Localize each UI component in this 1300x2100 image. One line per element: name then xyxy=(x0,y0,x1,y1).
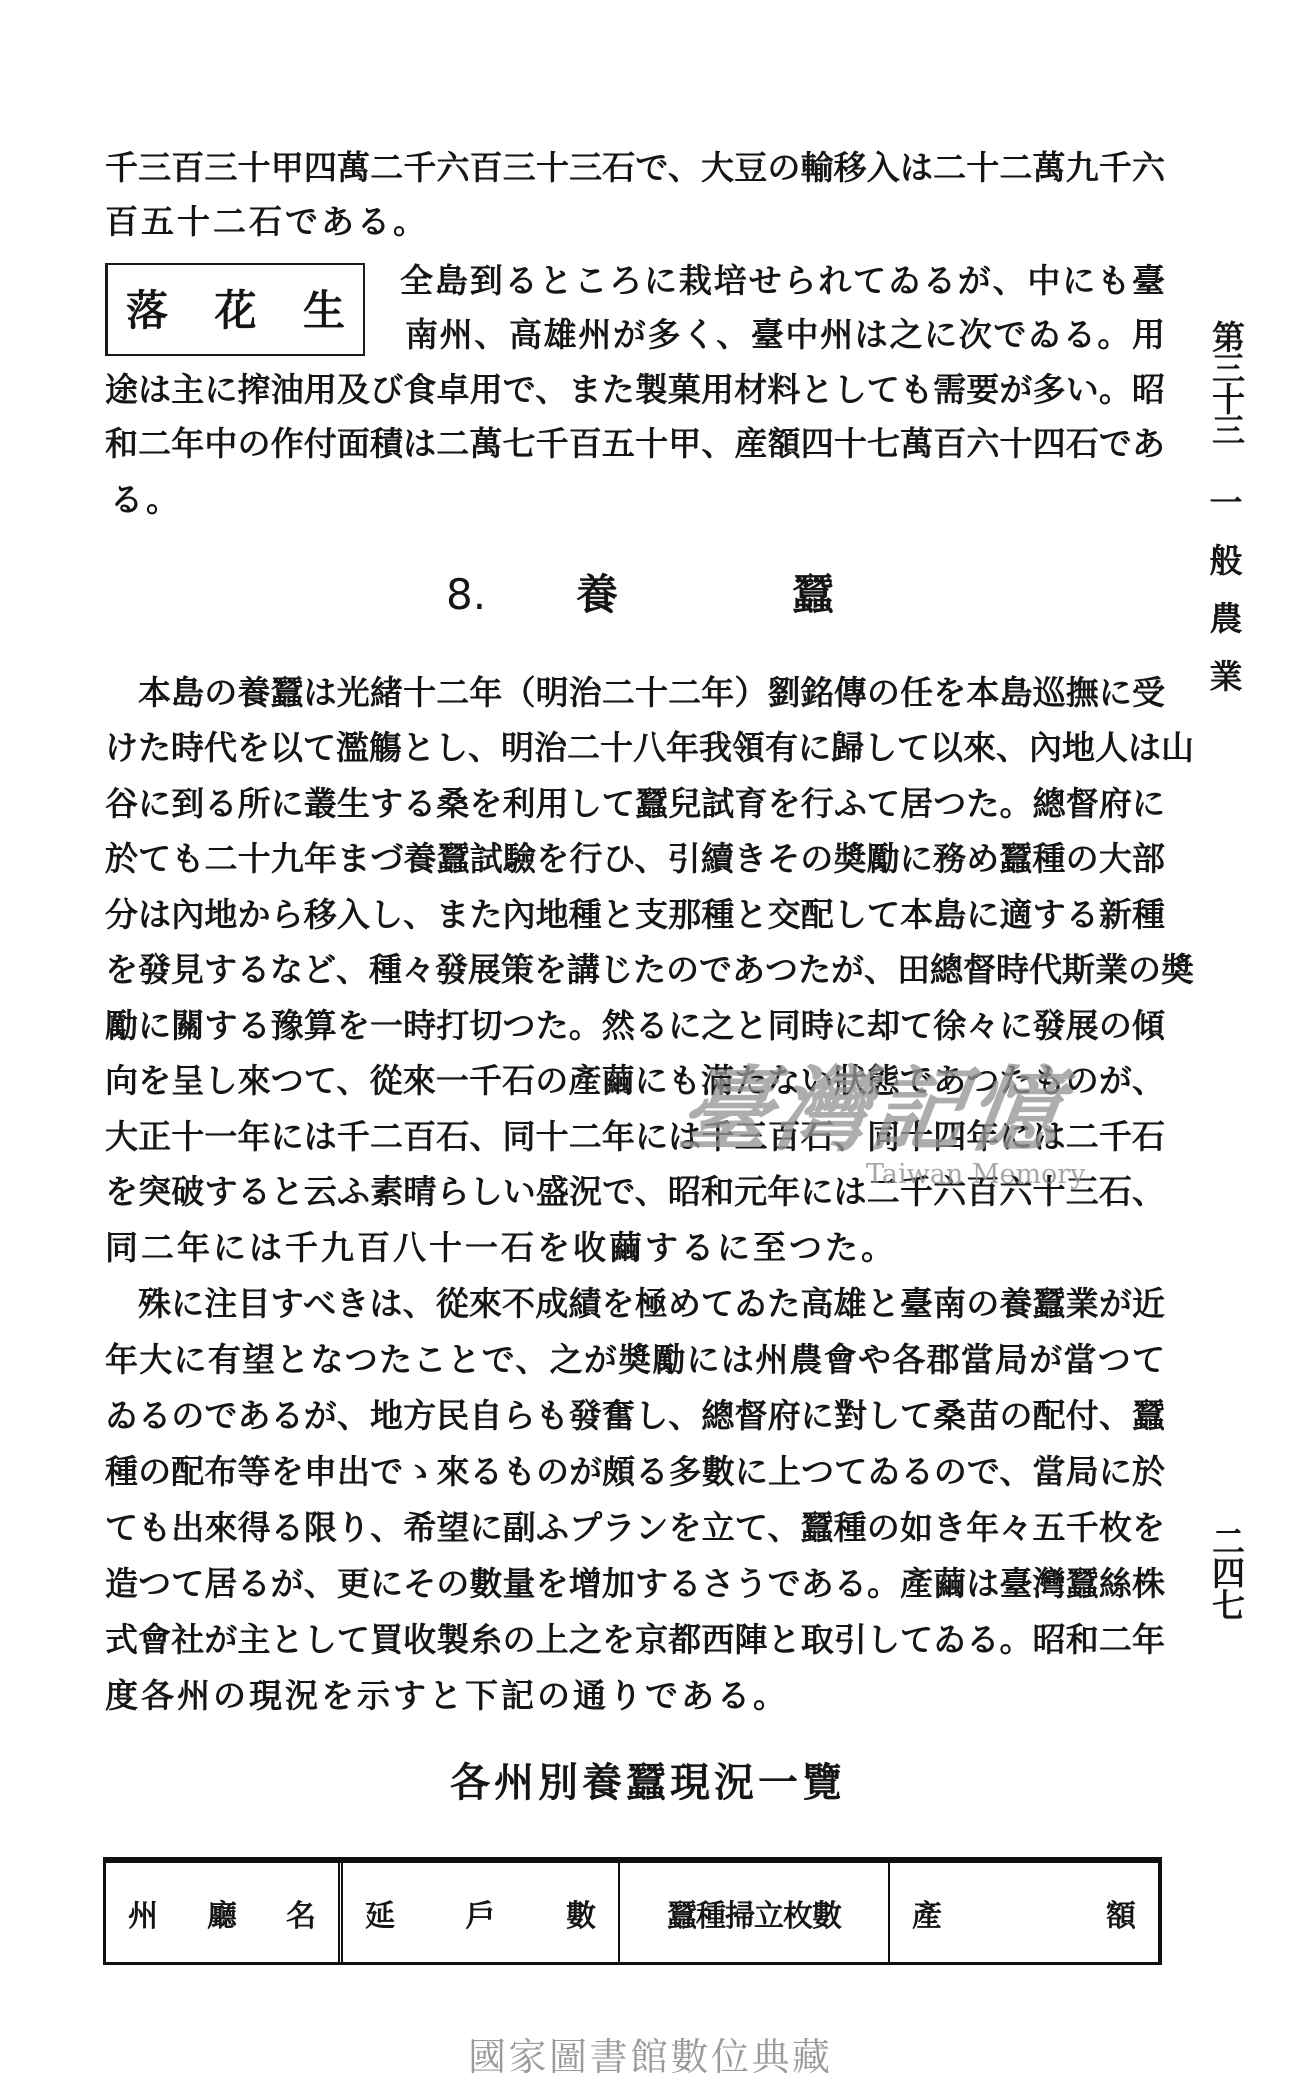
text-line: 和二年中の作付面積は二萬七千百五十甲、産額四十七萬百六十四石であ xyxy=(105,422,1165,466)
column-header-egg-cards: 蠶種掃立枚數 xyxy=(620,1863,890,1962)
text-line: 本島の養蠶は光緒十二年（明治二十二年）劉銘傳の任を本島巡撫に受 xyxy=(138,671,1165,715)
column-header-label: 蠶種掃立枚數 xyxy=(667,1891,841,1935)
sericulture-table-header: 州廳名 延戶數 蠶種掃立枚數 產額 xyxy=(103,1857,1162,1965)
text-line: 同二年には千九百八十一石を收繭するに至つた。 xyxy=(105,1226,1165,1270)
text-line: 全島到るところに栽培せられてゐるが、中にも臺 xyxy=(400,259,1165,303)
text-line: 南州、高雄州が多く、臺中州は之に次でゐる。用 xyxy=(405,313,1165,357)
section-number: 8. xyxy=(446,570,486,620)
text-line: 千三百三十甲四萬二千六百三十三石で、大豆の輸移入は二十二萬九千六 xyxy=(105,146,1165,190)
text-line: 勵に關する豫算を一時打切つた。然るに之と同時に却て徐々に發展の傾 xyxy=(105,1004,1165,1048)
section-char: 一 xyxy=(1207,486,1245,544)
running-header-section: 一 般 農 業 xyxy=(1207,486,1245,718)
text-line: 谷に到る所に叢生する桑を利用して蠶兒試育を行ふて居つた。總督府に xyxy=(105,782,1165,826)
text-line: 年大に有望となつたことで、之が奬勵には州農會や各郡當局が當つて xyxy=(105,1338,1165,1382)
library-footer: 國家圖書館數位典藏 xyxy=(468,2036,830,2078)
column-header-prefecture: 州廳名 xyxy=(106,1863,343,1962)
text-line: ても出來得る限り、希望に副ふプランを立て、蠶種の如き年々五千枚を xyxy=(105,1506,1165,1550)
text-line: 度各州の現況を示すと下記の通りである。 xyxy=(105,1674,1165,1718)
table-title: 各州別養蠶現況一覽 xyxy=(450,1760,842,1806)
section-title-char: 蠶 xyxy=(792,570,834,620)
text-line: 種の配布等を申出でゝ來るものが頗る多數に上つてゐるので、當局に於 xyxy=(105,1450,1165,1494)
watermark-taiwan-memory: 臺灣記憶 xyxy=(671,1048,1094,1173)
text-line: 於ても二十九年まづ養蠶試驗を行ひ、引續きその奬勵に務め蠶種の大部 xyxy=(105,837,1165,881)
text-line: 分は內地から移入し、また內地種と支那種と交配して本島に適する新種 xyxy=(105,893,1165,937)
peanut-label-box: 落花生 xyxy=(105,263,365,356)
text-line: ゐるのであるが、地方民自らも發奮し、總督府に對して桑苗の配付、蠶 xyxy=(105,1394,1165,1438)
column-header-label: 延戶數 xyxy=(365,1891,596,1935)
text-line: 殊に注目すべきは、從來不成績を極めてゐた高雄と臺南の養蠶業が近 xyxy=(138,1282,1165,1326)
section-char: 農 xyxy=(1207,602,1245,660)
page-number-label: 二四七 xyxy=(1207,1524,1245,1620)
peanut-label: 落花生 xyxy=(126,287,345,335)
section-char: 業 xyxy=(1207,660,1245,718)
column-header-label: 州廳名 xyxy=(128,1891,316,1935)
chapter-label: 第三十三 xyxy=(1207,320,1245,444)
column-header-households: 延戶數 xyxy=(343,1863,620,1962)
watermark-subtitle: Taiwan Memory xyxy=(866,1160,1071,1190)
section-char: 般 xyxy=(1207,544,1245,602)
column-header-yield: 產額 xyxy=(890,1863,1158,1962)
column-header-label: 產額 xyxy=(912,1891,1136,1935)
text-line: る。 xyxy=(110,478,1170,522)
section-title-char: 養 xyxy=(576,570,618,620)
text-line: を發見するなど、種々發展策を講じたのであつたが、田總督時代斯業の奬 xyxy=(105,948,1165,992)
text-line: けた時代を以て濫觴とし、明治二十八年我領有に歸して以來、內地人は山 xyxy=(105,726,1165,770)
text-line: 造つて居るが、更にその數量を增加するさうである。產繭は臺灣蠶絲株 xyxy=(105,1562,1165,1606)
page-number: 二四七 xyxy=(1207,1524,1245,1620)
text-line: 式會社が主として買收製糸の上之を京都西陣と取引してゐる。昭和二年 xyxy=(105,1618,1165,1662)
running-header-chapter: 第三十三 xyxy=(1207,320,1245,444)
text-line: 百五十二石である。 xyxy=(105,200,1165,244)
text-line: 途は主に搾油用及び食卓用で、また製菓用材料としても需要が多い。昭 xyxy=(105,368,1165,412)
